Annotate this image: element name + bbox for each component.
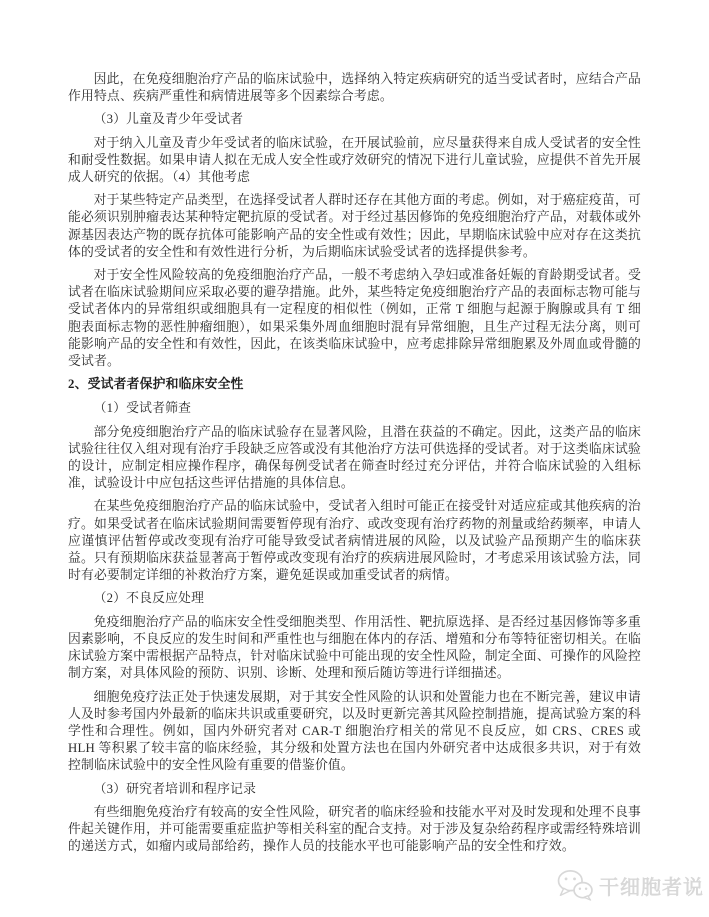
document-page: 因此，在免疫细胞治疗产品的临床试验中，选择纳入特定疾病研究的适当受试者时，应结合…	[0, 0, 709, 917]
sub-heading-children-adolescents: （3）儿童及青少年受试者	[68, 111, 641, 128]
paragraph: 有些细胞免疫治疗有较高的安全性风险，研究者的临床经验和技能水平对及时发现和处理不…	[68, 804, 641, 856]
paragraph: 对于安全性风险较高的免疫细胞治疗产品，一般不考虑纳入孕妇或准备妊娠的育龄期受试者…	[68, 267, 641, 370]
paragraph: 在某些免疫细胞治疗产品的临床试验中，受试者入组时可能正在接受针对适应症或其他疾病…	[68, 498, 641, 584]
paragraph: 对于纳入儿童及青少年受试者的临床试验，在开展试验前，应尽量获得来自成人受试者的安…	[68, 135, 641, 187]
paragraph: 细胞免疫疗法正处于快速发展期，对于其安全性风险的认识和处置能力也在不断完善，建议…	[68, 689, 641, 775]
sub-heading-investigator-training: （3）研究者培训和程序记录	[68, 781, 641, 798]
wechat-icon	[556, 869, 594, 901]
sub-heading-subject-screening: （1）受试者筛查	[68, 400, 641, 417]
section-heading-subject-protection: 2、受试者者保护和临床安全性	[68, 376, 641, 393]
paragraph: 部分免疫细胞治疗产品的临床试验存在显著风险，且潜在获益的不确定。因此，这类产品的…	[68, 424, 641, 493]
sub-heading-adverse-reaction: （2）不良反应处理	[68, 590, 641, 607]
paragraph: 免疫细胞治疗产品的临床安全性受细胞类型、作用活性、靶抗原选择、是否经过基因修饰等…	[68, 614, 641, 683]
watermark: 干细胞者说	[556, 869, 704, 901]
document-body: 因此，在免疫细胞治疗产品的临床试验中，选择纳入特定疾病研究的适当受试者时，应结合…	[68, 71, 641, 861]
paragraph: 对于某些特定产品类型，在选择受试者人群时还存在其他方面的考虑。例如，对于癌症疫苗…	[68, 192, 641, 261]
paragraph: 因此，在免疫细胞治疗产品的临床试验中，选择纳入特定疾病研究的适当受试者时，应结合…	[68, 71, 641, 105]
watermark-label: 干细胞者说	[599, 871, 704, 900]
